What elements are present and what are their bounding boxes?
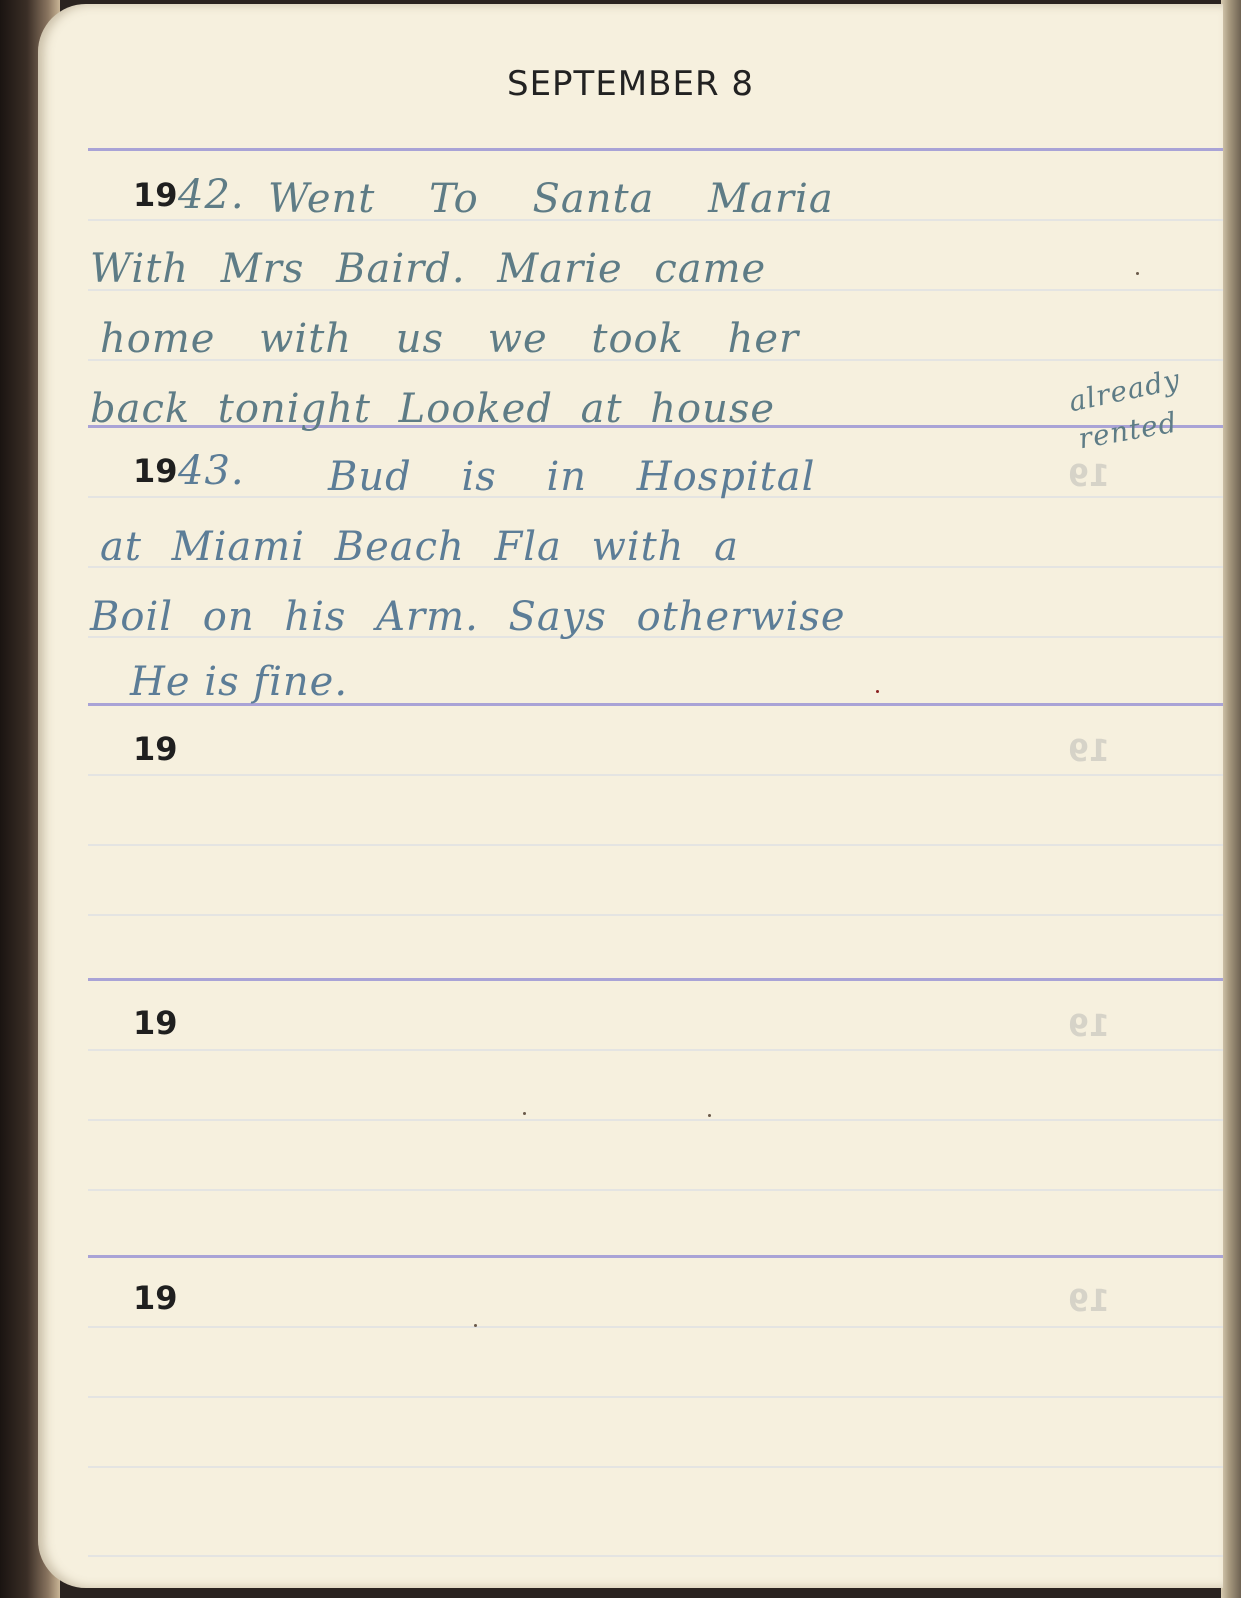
bleed-through-year: 19 [1068,734,1110,769]
year-label: 19 [133,1279,178,1317]
year-label: 19 [133,730,178,768]
page-edge [1221,0,1241,1598]
handwritten-line: back tonight Looked at house [90,386,775,432]
section-divider [88,978,1223,981]
section-divider [88,148,1223,151]
page-title: SEPTEMBER 8 [38,64,1223,104]
year-label: 19 [133,452,178,490]
handwritten-line: home with us we took her [100,316,799,362]
handwritten-line: Boil on his Arm. Says otherwise [90,594,846,640]
bleed-through-year: 19 [1068,459,1110,494]
paper-speck [708,1114,711,1117]
ruled-line [88,1049,1223,1051]
section-divider [88,1255,1223,1258]
year-label: 19 [133,1004,178,1042]
handwritten-line: Went To Santa Maria [268,176,834,222]
paper-speck [1136,272,1139,275]
ruled-line [88,774,1223,776]
handwritten-line: With Mrs Baird. Marie came [90,246,766,292]
ruled-line [88,1326,1223,1328]
handwritten-year: 43. [178,448,245,494]
ruled-line [88,1119,1223,1121]
ruled-line [88,1189,1223,1191]
paper-speck [523,1112,526,1115]
ruled-line [88,914,1223,916]
paper-speck [876,690,879,693]
bleed-through-year: 19 [1068,1284,1110,1319]
ruled-line [88,1555,1223,1557]
handwritten-line: He is fine. [130,659,348,705]
handwritten-line: Bud is in Hospital [328,454,815,500]
bleed-through-year: 19 [1068,1009,1110,1044]
handwritten-year: 42. [178,172,245,218]
diary-page: SEPTEMBER 8 19 19 19 19 19 42. Went To S… [38,4,1223,1588]
ruled-line [88,1396,1223,1398]
ruled-line [88,844,1223,846]
year-label: 19 [133,176,178,214]
handwritten-line: at Miami Beach Fla with a [100,524,739,570]
paper-speck [474,1324,477,1327]
ruled-line [88,1466,1223,1468]
